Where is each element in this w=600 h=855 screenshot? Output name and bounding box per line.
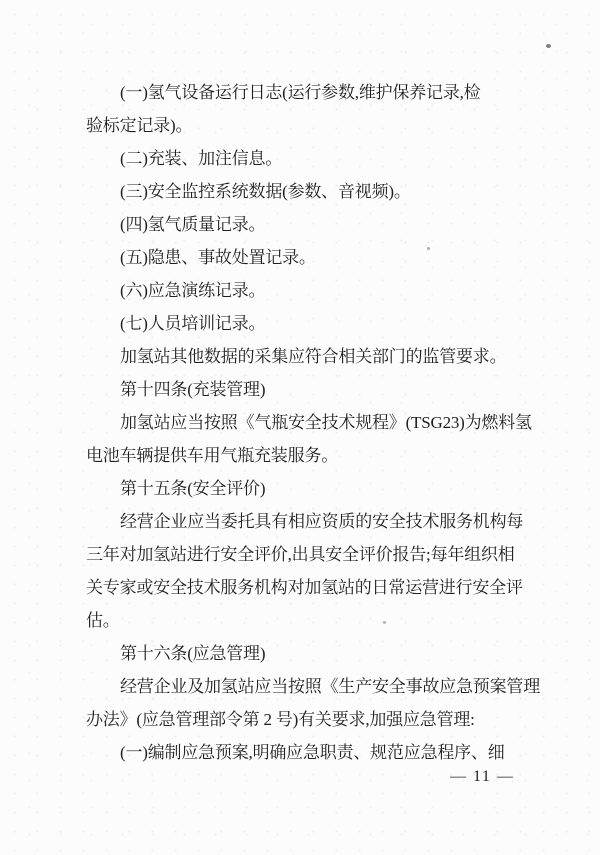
article-heading-line: 第十五条(安全评价)	[86, 472, 556, 505]
article-heading-line: 第十六条(应急管理)	[86, 637, 556, 670]
scan-speck	[427, 247, 430, 250]
text-line: (七)人员培训记录。	[86, 307, 556, 340]
text-line: (二)充装、加注信息。	[86, 142, 556, 175]
text-line: 三年对加氢站进行安全评价,出具安全评价报告;每年组织相	[86, 538, 556, 571]
text-line: (五)隐患、事故处置记录。	[86, 241, 556, 274]
article-heading-line: 第十四条(充装管理)	[86, 373, 556, 406]
text-line: 验标定记录)。	[86, 109, 556, 142]
scanned-document-page: (一)氢气设备运行日志(运行参数,维护保养记录,检 验标定记录)。 (二)充装、…	[0, 0, 600, 855]
text-line: (三)安全监控系统数据(参数、音视频)。	[86, 175, 556, 208]
text-line: 经营企业应当委托具有相应资质的安全技术服务机构每	[86, 505, 556, 538]
text-line: 办法》(应急管理部令第 2 号)有关要求,加强应急管理:	[86, 703, 556, 736]
text-line: 估。	[86, 604, 556, 637]
text-line: (一)氢气设备运行日志(运行参数,维护保养记录,检	[86, 76, 556, 109]
text-line: 加氢站应当按照《气瓶安全技术规程》(TSG23)为燃料氢	[86, 406, 556, 439]
scan-speck	[546, 44, 551, 48]
text-line: (四)氢气质量记录。	[86, 208, 556, 241]
text-line: (六)应急演练记录。	[86, 274, 556, 307]
text-line: 经营企业及加氢站应当按照《生产安全事故应急预案管理	[86, 670, 556, 703]
scan-speck	[383, 621, 386, 624]
text-line: 关专家或安全技术服务机构对加氢站的日常运营进行安全评	[86, 571, 556, 604]
text-line: (一)编制应急预案,明确应急职责、规范应急程序、细	[86, 736, 556, 769]
page-number: — 11 —	[450, 768, 514, 786]
document-body: (一)氢气设备运行日志(运行参数,维护保养记录,检 验标定记录)。 (二)充装、…	[86, 76, 556, 769]
text-line: 加氢站其他数据的采集应符合相关部门的监管要求。	[86, 340, 556, 373]
text-line: 电池车辆提供车用气瓶充装服务。	[86, 439, 556, 472]
